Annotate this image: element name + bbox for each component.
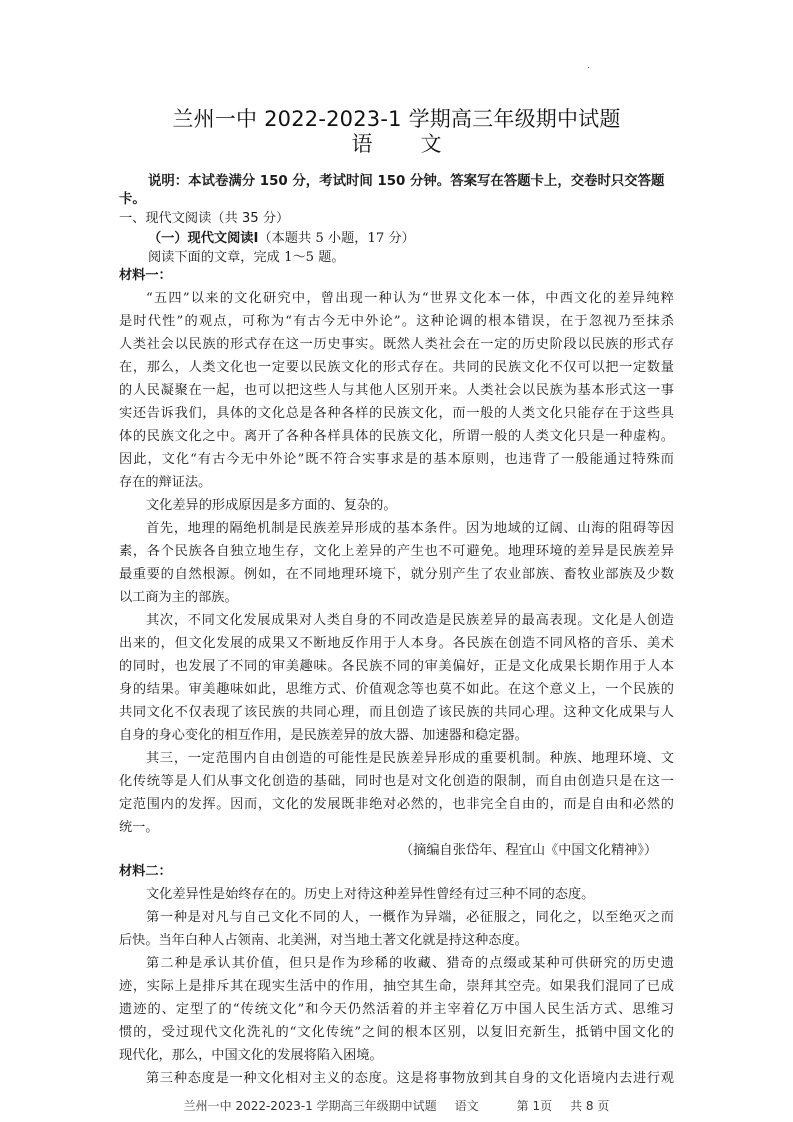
paragraph-line: “五四”以来的文化研究中，曾出现一种认为“世界文化本一体，中西文化的差异纯粹 xyxy=(146,289,674,309)
paragraph-line: 的人民凝聚在一起，也可以把这些人与其他人区别开来。人类社会以民族为基本形式这一事 xyxy=(119,381,674,401)
paragraph-line: 出来的，但文化发展的成果又不断地反作用于人本身。各民族在创造不同风格的音乐、美术 xyxy=(119,634,674,654)
subject-title: 语文 xyxy=(0,128,793,158)
instructions-line-1: 说明：本试卷满分 150 分，考试时间 150 分钟。答案写在答题卡上，交卷时只… xyxy=(148,172,674,192)
paragraph-line: 其次，不同文化发展成果对人类自身的不同改造是民族差异的最高表现。文化是人创造 xyxy=(146,611,674,631)
paragraph-line: 第三种态度是一种文化相对主义的态度。这是将事物放到其自身的文化语境内去进行观 xyxy=(146,1069,674,1089)
subsection-note: （本题共 5 小题，17 分） xyxy=(258,231,414,246)
paragraph-line: 现代化，那么，中国文化的发展将陷入困境。 xyxy=(119,1046,674,1066)
paragraph-line: 迹，实际上是排斥其在现实生活中的作用，抽空其生命，崇拜其空壳。如果我们混同了已成 xyxy=(119,977,674,997)
footer-page-total: 共 8 页 xyxy=(570,1097,609,1114)
page-footer: 兰州一中 2022-2023-1 学期高三年级期中试题语文第 1页共 8 页 xyxy=(0,1097,793,1114)
material-1-source: （摘编自张岱年、程宜山《中国文化精神》） xyxy=(400,841,680,861)
paragraph-line: 惯的，受过现代文化洗礼的“文化传统”之间的根本区别，以复旧充新生，抵销中国文化的 xyxy=(119,1023,674,1043)
paragraph-line: 共同文化不仅表现了该民族的共同心理，而且创造了该民族的共同心理。这种文化成果与人 xyxy=(119,703,674,723)
paragraph-line: 统一。 xyxy=(119,818,674,838)
scan-speck xyxy=(588,67,589,68)
paragraph-line: 体的民族文化之中。离开了各种各样具体的民族文化，所谓一般的人类文化只是一种虚构。 xyxy=(119,427,674,447)
paragraph-line: 在，那么，人类文化也一定要以民族文化的形式存在。共同的民族文化不仅可以把一定数量 xyxy=(119,358,674,378)
paragraph-line: 素，各个民族各自独立地生存，文化上差异的产生也不可避免。地理环境的差异是民族差异 xyxy=(119,542,674,562)
paragraph-line: 的同时，也发展了不同的审美趣味。各民族不同的审美偏好，正是文化成果长期作用于人本 xyxy=(119,657,674,677)
paragraph-line: 第一种是对凡与自己文化不同的人，一概作为异端，必征服之，同化之，以至绝灭之而 xyxy=(146,908,674,928)
material-1-label: 材料一： xyxy=(119,266,674,286)
footer-exam-title: 兰州一中 2022-2023-1 学期高三年级期中试题 xyxy=(184,1097,437,1114)
paragraph-line: 后快。当年白种人占领南、北美洲，对当地土著文化就是持这种态度。 xyxy=(119,931,674,951)
paragraph-line: 首先，地理的隔绝机制是民族差异形成的基本条件。因为地域的辽阔、山海的阻碍等因 xyxy=(146,519,674,539)
paragraph-line: 人类社会以民族的形式存在这一历史事实。既然人类社会在一定的历史阶段以民族的形式存 xyxy=(119,335,674,355)
paragraph-line: 存在的辩证法。 xyxy=(119,473,674,493)
subsection-heading: （一）现代文阅读Ⅰ（本题共 5 小题，17 分） xyxy=(148,229,674,249)
paragraph-line: 文化差异性是始终存在的。历史上对待这种差异性曾经有过三种不同的态度。 xyxy=(146,885,674,905)
paragraph-line: 以工商为主的部族。 xyxy=(119,588,674,608)
paragraph-line: 是时代性”的观点，可称为“有古今无中外论”。这种论调的根本错误，在于忽视乃至抹杀 xyxy=(119,312,674,332)
paragraph-line: 实还告诉我们，具体的文化总是各种各样的民族文化，而一般的人类文化只能存在于这些具 xyxy=(119,404,674,424)
exam-page: 兰州一中 2022-2023-1 学期高三年级期中试题 语文 说明：本试卷满分 … xyxy=(0,0,793,1122)
paragraph-line: 文化差异的形成原因是多方面的、复杂的。 xyxy=(146,496,674,516)
paragraph-line: 其三，一定范围内自由创造的可能性是民族差异形成的重要机制。种族、地理环境、文 xyxy=(146,749,674,769)
section-heading: 一、现代文阅读（共 35 分） xyxy=(119,209,674,229)
subject-char-1: 语 xyxy=(352,128,373,158)
paragraph-line: 定范围内的发挥。因而，文化的发展既非绝对必然的，也非完全自由的，而是自由和必然的 xyxy=(119,795,674,815)
subject-char-2: 文 xyxy=(421,128,442,158)
instructions-line-2: 卡。 xyxy=(119,190,674,210)
reading-directive: 阅读下面的文章，完成 1～5 题。 xyxy=(148,248,674,268)
paragraph-line: 因此，文化“有古今无中外论”既不符合实事求是的基本原则，也违背了一般能通过特殊而 xyxy=(119,450,674,470)
paragraph-line: 自身的身心变化的相互作用，是民族差异的放大器、加速器和稳定器。 xyxy=(119,726,674,746)
paragraph-line: 第二种是承认其价值，但只是作为珍稀的收藏、猎奇的点缀或某种可供研究的历史遗 xyxy=(146,954,674,974)
footer-subject: 语文 xyxy=(455,1097,479,1114)
paragraph-line: 遗迹的、定型了的“传统文化”和今天仍然活着的并主宰着亿万中国人民生活方式、思维习 xyxy=(119,1000,674,1020)
paragraph-line: 身的结果。审美趣味如此，思维方式、价值观念等也莫不如此。在这个意义上，一个民族的 xyxy=(119,680,674,700)
paragraph-line: 化传统等是人们从事文化创造的基础，同时也是对文化创造的限制，而自由创造只是在这一 xyxy=(119,772,674,792)
paragraph-line: 最重要的自然根源。例如，在不同地理环境下，就分别产生了农业部族、畜牧业部族及少数 xyxy=(119,565,674,585)
subsection-title: （一）现代文阅读Ⅰ xyxy=(148,231,258,246)
material-2-label: 材料二： xyxy=(119,862,674,882)
footer-page-number: 第 1页 xyxy=(517,1097,552,1114)
